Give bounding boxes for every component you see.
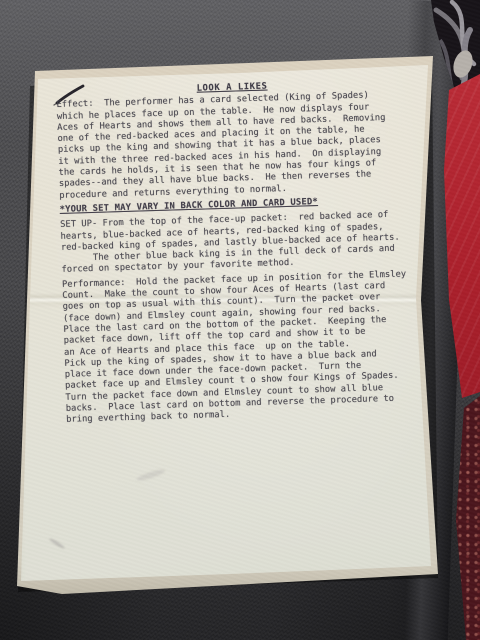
photo-of-document: LOOK A LIKES Effect: The performer has a…	[0, 0, 480, 640]
effect-paragraph: Effect: The performer has a card selecte…	[56, 90, 411, 202]
paper-smudge	[136, 468, 166, 483]
performance-paragraph: Performance: Hold the packet face up in …	[62, 269, 418, 427]
pencil-scratch	[49, 537, 66, 549]
typed-document-content: LOOK A LIKES Effect: The performer has a…	[56, 77, 418, 429]
setup-paragraph: SET UP- From the top of the face-up pack…	[60, 209, 414, 276]
